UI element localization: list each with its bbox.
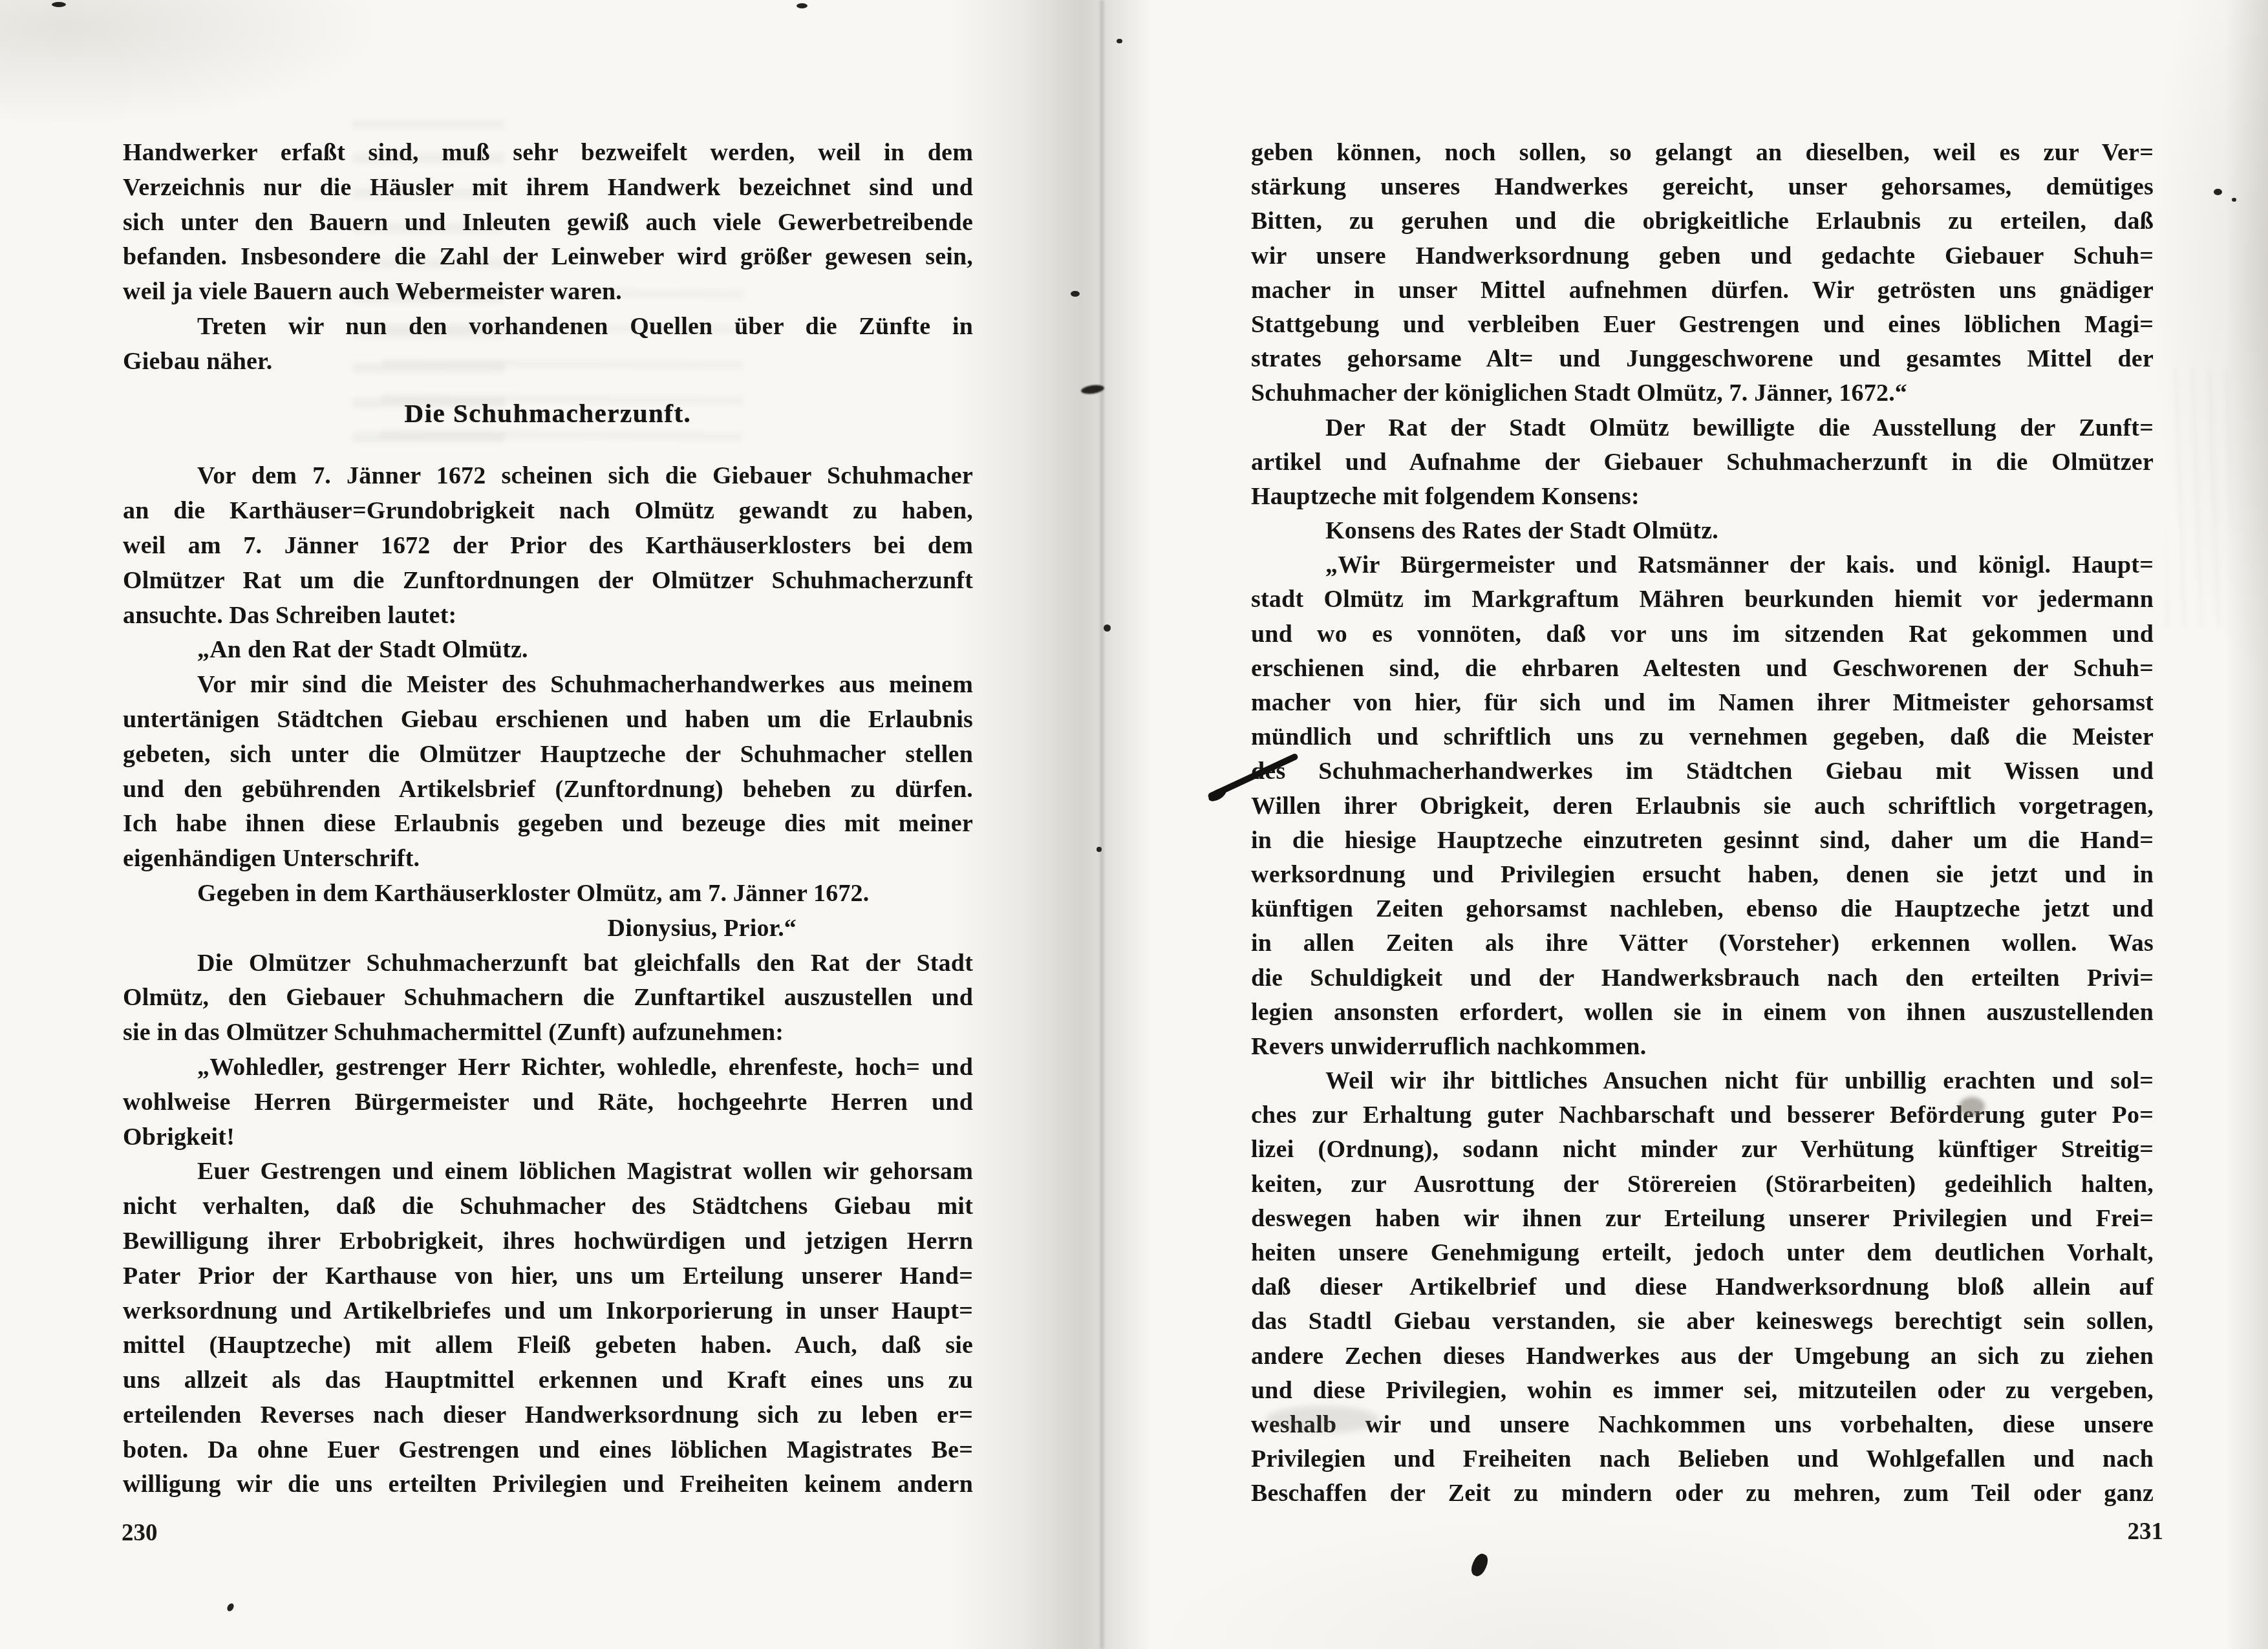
- text-line: weil ja viele Bauern auch Webermeister w…: [123, 275, 973, 310]
- text-line: untertänigen Städtchen Giebau erschienen…: [123, 703, 973, 738]
- text-line: „Wohledler, gestrenger Herr Richter, woh…: [123, 1050, 973, 1085]
- text-line: Privilegien und Freiheiten nach Belieben…: [1251, 1442, 2154, 1476]
- text-line: sie in das Olmützer Schuhmachermittel (Z…: [123, 1016, 973, 1050]
- text-line: Bitten, zu geruhen und die obrigkeitlich…: [1251, 204, 2154, 239]
- paper-speck: [1080, 384, 1104, 396]
- ink-stroke-mark: [1206, 786, 1228, 804]
- text-line: in die hiesige Hauptzeche einzutreten ge…: [1251, 824, 2154, 858]
- text-line: Handwerker erfaßt sind, muß sehr bezweif…: [123, 136, 973, 171]
- text-line: Stattgebung und verbleiben Euer Gestreng…: [1251, 308, 2154, 342]
- text-line: wir unsere Handwerksordnung geben und ge…: [1251, 239, 2154, 273]
- text-line: Dionysius, Prior.“: [123, 911, 973, 946]
- text-line: werksordnung und Artikelbriefes und um I…: [123, 1294, 973, 1329]
- text-line: keiten, zur Ausrottung der Störereien (S…: [1251, 1167, 2154, 1202]
- text-line: andere Zechen dieses Handwerkes aus der …: [1251, 1339, 2154, 1374]
- paper-speck: [1071, 291, 1080, 297]
- text-line: die Schuldigkeit und der Handwerksbrauch…: [1251, 961, 2154, 995]
- text-line: macher von hier, für sich und im Namen i…: [1251, 686, 2154, 720]
- ink-blot: [1469, 1551, 1491, 1578]
- text-line: heiten unsere Genehmigung erteilt, jedoc…: [1251, 1236, 2154, 1270]
- text-line: und wo es vonnöten, daß vor uns im sitze…: [1251, 617, 2154, 652]
- bleedthrough-ghost-text: [2166, 368, 2231, 627]
- text-line: eigenhändigen Unterschrift.: [123, 842, 973, 877]
- paper-speck: [226, 1602, 235, 1613]
- binding-fold-line: [1100, 0, 1104, 1649]
- text-line: Giebau näher.: [123, 345, 973, 379]
- text-line: Ich habe ihnen diese Erlaubnis gegeben u…: [123, 807, 973, 842]
- text-line: gebeten, sich unter die Olmützer Hauptze…: [123, 738, 973, 772]
- text-line: Treten wir nun den vorhandenen Quellen ü…: [123, 310, 973, 345]
- text-line: des Schuhmacherhandwerkes im Städtchen G…: [1251, 754, 2154, 789]
- text-line: macher in unser Mittel aufnehmen dürfen.…: [1251, 273, 2154, 308]
- text-line: lizei (Ordnung), sodann nicht minder zur…: [1251, 1133, 2154, 1167]
- text-line: Euer Gestrengen und einem löblichen Magi…: [123, 1154, 973, 1189]
- text-line: Pater Prior der Karthause von hier, uns …: [123, 1259, 973, 1294]
- left-page-text-column: Handwerker erfaßt sind, muß sehr bezweif…: [123, 136, 973, 1502]
- text-line: künftigen Zeiten gehorsamst nachleben, e…: [1251, 892, 2154, 926]
- text-line: Gegeben in dem Karthäuserkloster Olmütz,…: [123, 877, 973, 911]
- text-line: und den gebührenden Artikelsbrief (Zunft…: [123, 772, 973, 807]
- text-line: daß dieser Artikelbrief und diese Handwe…: [1251, 1270, 2154, 1304]
- text-line: mündlich und schriftlich uns zu vernehme…: [1251, 720, 2154, 754]
- page-number-right: 231: [2105, 1518, 2163, 1546]
- text-line: Beschaffen der Zeit zu mindern oder zu m…: [1251, 1476, 2154, 1511]
- text-line: Olmütz, den Giebauer Schuhmachern die Zu…: [123, 981, 973, 1016]
- text-line: Revers unwiderruflich nachkommen.: [1251, 1030, 2154, 1064]
- text-line: Schuhmacher der königlichen Stadt Olmütz…: [1251, 376, 2154, 410]
- text-line: Willen ihrer Obrigkeit, deren Erlaubnis …: [1251, 789, 2154, 824]
- paper-speck: [2214, 189, 2222, 195]
- right-page-text-column: geben können, noch sollen, so gelangt an…: [1251, 136, 2154, 1511]
- text-line: Vor mir sind die Meister des Schuhmacher…: [123, 668, 973, 703]
- text-line: an die Karthäuser=Grundobrigkeit nach Ol…: [123, 494, 973, 529]
- paper-speck: [1097, 847, 1102, 852]
- text-line: artikel und Aufnahme der Giebauer Schuhm…: [1251, 445, 2154, 480]
- text-line: das Stadtl Giebau verstanden, sie aber k…: [1251, 1304, 2154, 1339]
- text-line: und diese Privilegien, wohin es immer se…: [1251, 1374, 2154, 1408]
- text-line: geben können, noch sollen, so gelangt an…: [1251, 136, 2154, 170]
- text-line: stadt Olmütz im Markgraftum Mähren beurk…: [1251, 582, 2154, 617]
- text-line: ansuchte. Das Schreiben lautet:: [123, 599, 973, 633]
- text-line: wohlweise Herren Bürgermeister und Räte,…: [123, 1085, 973, 1120]
- text-line: Konsens des Rates der Stadt Olmütz.: [1251, 514, 2154, 548]
- text-line: Obrigkeit!: [123, 1120, 973, 1155]
- paper-speck: [797, 3, 808, 8]
- paper-speck: [1104, 624, 1111, 632]
- text-line: willigung wir die uns erteilten Privileg…: [123, 1467, 973, 1502]
- paper-speck: [2232, 198, 2236, 202]
- text-line: uns allzeit als das Hauptmittel erkennen…: [123, 1363, 973, 1398]
- paper-speck: [52, 2, 66, 7]
- text-line: erschienen sind, die ehrbaren Aeltesten …: [1251, 652, 2154, 686]
- text-line: legien ansonsten erfordert, wollen sie i…: [1251, 995, 2154, 1030]
- section-heading: Die Schuhmacherzunft.: [123, 396, 973, 431]
- text-line: stärkung unseres Handwerkes gereicht, un…: [1251, 170, 2154, 204]
- text-line: Vor dem 7. Jänner 1672 scheinen sich die…: [123, 459, 973, 494]
- text-line: boten. Da ohne Euer Gestrengen und eines…: [123, 1433, 973, 1468]
- text-line: Weil wir ihr bittliches Ansuchen nicht f…: [1251, 1064, 2154, 1098]
- text-line: Hauptzeche mit folgendem Konsens:: [1251, 480, 2154, 514]
- text-line: Bewilligung ihrer Erbobrigkeit, ihres ho…: [123, 1224, 973, 1259]
- text-line: weil am 7. Jänner 1672 der Prior des Kar…: [123, 529, 973, 564]
- text-line: ches zur Erhaltung guter Nachbarschaft u…: [1251, 1098, 2154, 1133]
- text-line: Olmützer Rat um die Zunftordnungen der O…: [123, 564, 973, 599]
- page-edge-shadow: [2225, 0, 2268, 1649]
- text-line: Verzeichnis nur die Häusler mit ihrem Ha…: [123, 171, 973, 206]
- gutter-shadow: [950, 0, 1190, 1649]
- text-line: Der Rat der Stadt Olmütz bewilligte die …: [1251, 411, 2154, 445]
- paper-speck: [1117, 39, 1122, 43]
- page-number-left: 230: [122, 1519, 158, 1547]
- text-line: „Wir Bürgermeister und Ratsmänner der ka…: [1251, 548, 2154, 582]
- text-line: mittel (Hauptzeche) mit allem Fleiß gebe…: [123, 1328, 973, 1363]
- text-line: erteilenden Reverses nach dieser Handwer…: [123, 1398, 973, 1433]
- book-scan: { "paper": { "color": "#f8f7f3" }, "ink"…: [0, 0, 2268, 1649]
- text-line: nicht verhalten, daß die Schuhmacher des…: [123, 1189, 973, 1224]
- text-line: sich unter den Bauern und Inleuten gewiß…: [123, 206, 973, 240]
- text-line: strates gehorsame Alt= und Junggeschwore…: [1251, 342, 2154, 376]
- text-line: weshalb wir und unsere Nachkommen uns vo…: [1251, 1408, 2154, 1442]
- text-line: deswegen haben wir ihnen zur Erteilung u…: [1251, 1202, 2154, 1236]
- text-line: „An den Rat der Stadt Olmütz.: [123, 633, 973, 668]
- text-line: befanden. Insbesondere die Zahl der Lein…: [123, 240, 973, 275]
- text-line: in allen Zeiten als ihre Vätter (Vorsteh…: [1251, 926, 2154, 961]
- text-line: werksordnung und Privilegien ersucht hab…: [1251, 858, 2154, 892]
- text-line: Die Olmützer Schuhmacherzunft bat gleich…: [123, 946, 973, 981]
